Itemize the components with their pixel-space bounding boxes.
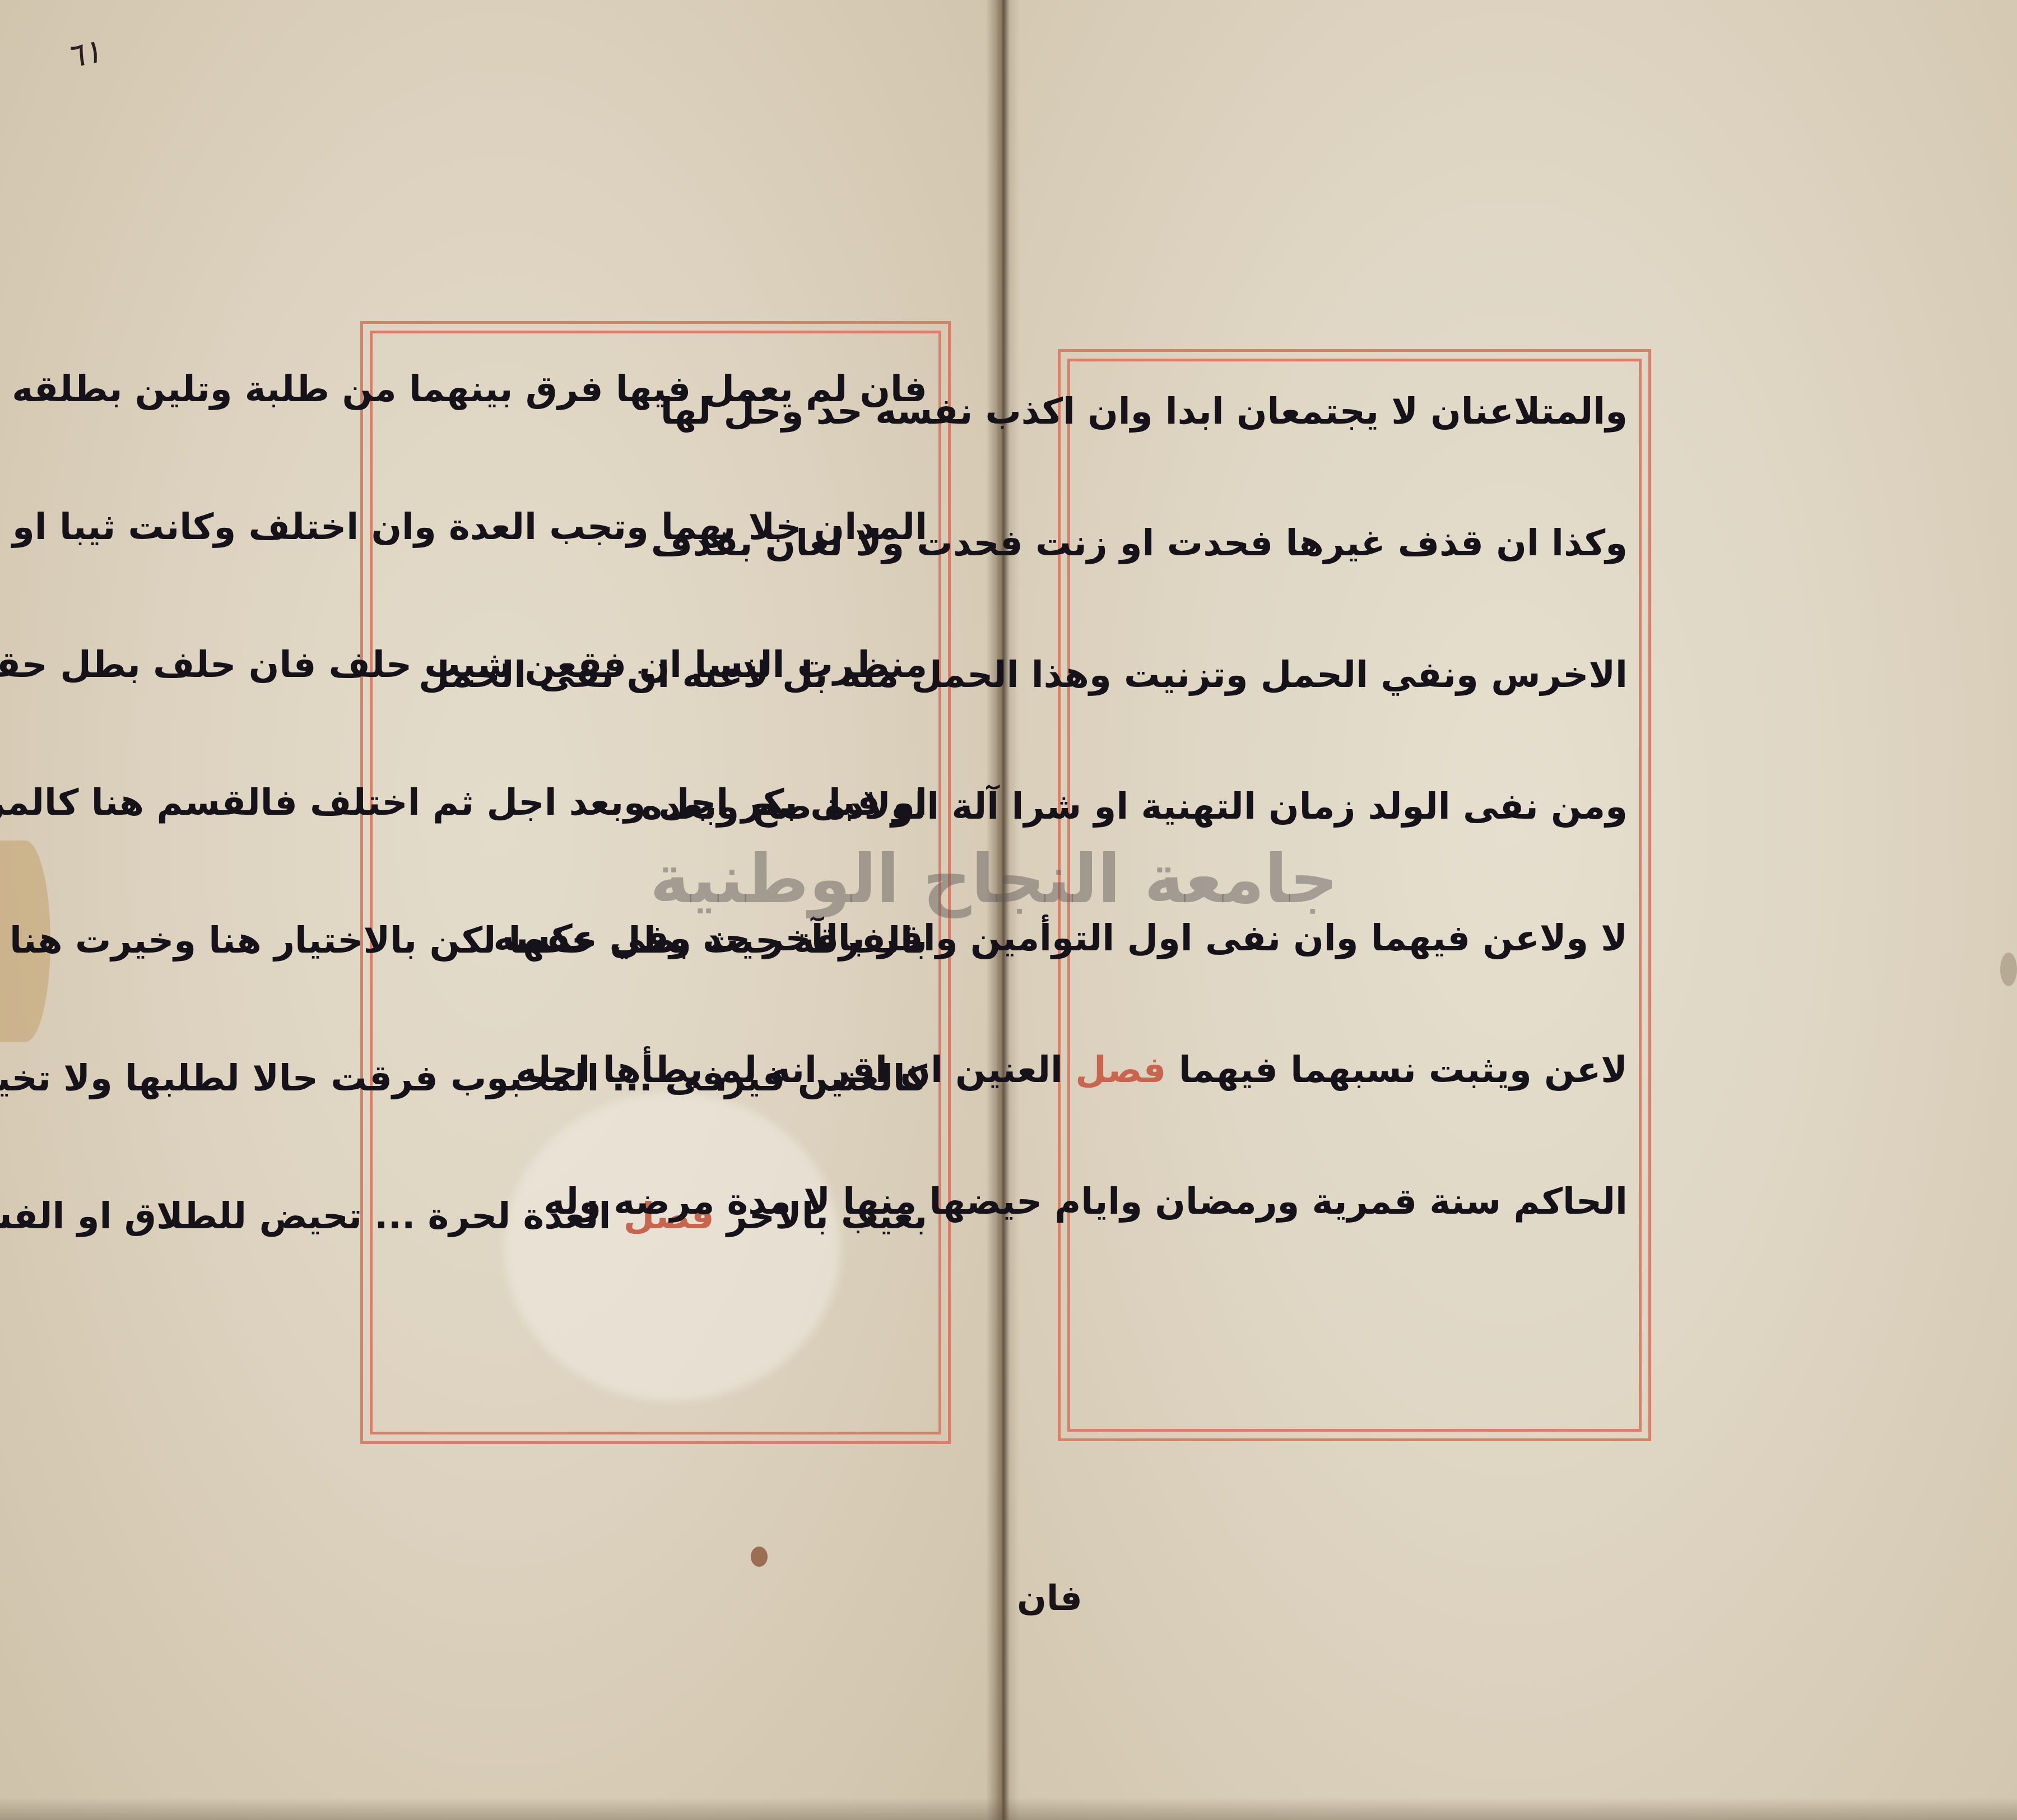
page-bottom-edge [0,1798,2017,1820]
rubric-heading: فصل [1075,1050,1166,1091]
catchword: فان [1017,1577,1082,1618]
text-line: الاخرس ونفي الحمل وتزنيت وهذا الحمل منه … [1079,633,1628,765]
text-line-with-rubric: لاعن ويثبت نسبهما فيهما فصل العنين ان اق… [1079,1028,1628,1160]
ink-spot [751,1547,768,1567]
line-text: العدة لحرة ... تحيض للطلاق او الفسخ تمت [0,1196,611,1237]
line-text: لاعن ويثبت نسبهما فيهما [1179,1050,1628,1091]
right-text-block: والمتلاعنان لا يجتمعان ابدا وان اكذب نفس… [1079,370,1628,1292]
text-line: وكذا ان قذف غيرها فحدت او زنت فحدت ولا ل… [1079,502,1628,633]
text-line: والمتلاعنان لا يجتمعان ابدا وان اكذب نفس… [1079,370,1628,502]
text-line: الحاكم سنة قمرية ورمضان وايام حيضها منها… [1079,1160,1628,1292]
manuscript-spread: ٦١ فان لم يعمل فيها فرق بينهما من طلبة و… [0,0,2017,1820]
line-text: العنين ان اقر انه لم يطأها اجله [515,1050,1063,1091]
library-watermark: جامعة النجاح الوطنية [650,841,1338,918]
edge-stain [2000,953,2017,986]
